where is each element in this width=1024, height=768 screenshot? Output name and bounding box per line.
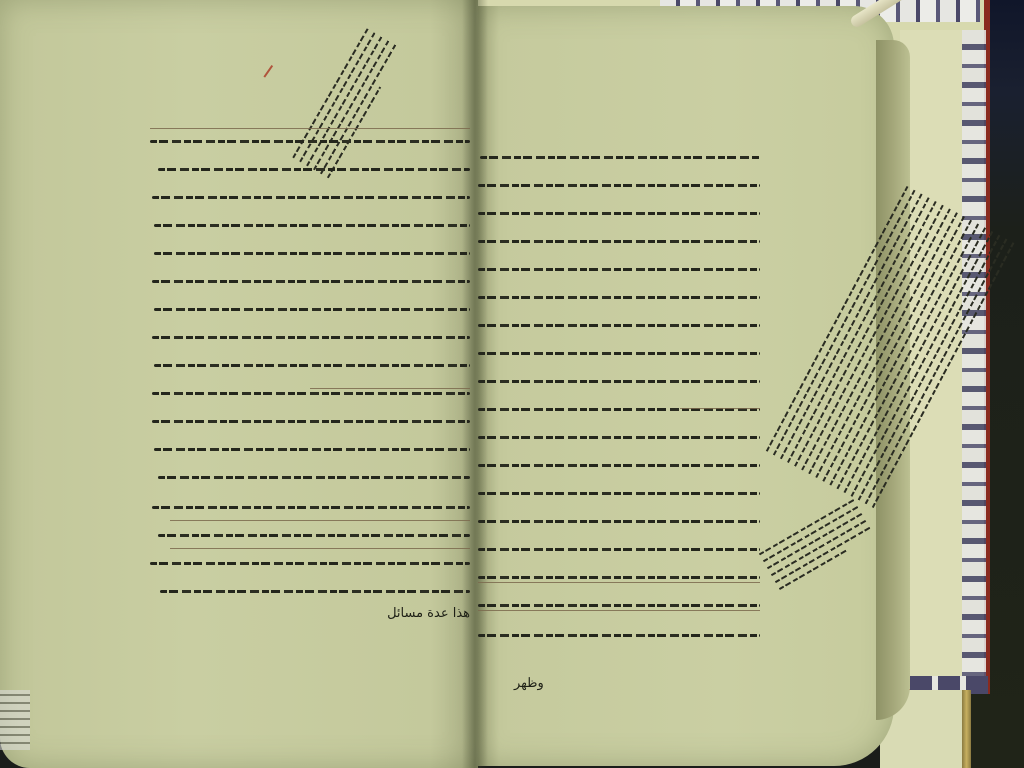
text-line <box>478 482 760 504</box>
text-line <box>478 510 760 532</box>
right-outer-margin-note: Dense diagonal marginal commentary, oute… <box>760 200 880 500</box>
rubric-rule <box>170 520 470 521</box>
text-line <box>478 398 760 420</box>
text-line <box>154 298 470 320</box>
text-line <box>158 466 470 488</box>
text-line <box>478 566 760 588</box>
rubric-rule <box>170 548 470 549</box>
text-line <box>478 174 760 196</box>
text-line: هذا عدة مسائل <box>166 606 470 628</box>
left-page-text-block: Main text: 22 lines of Arabic prose with… <box>148 128 470 628</box>
text-line <box>160 580 470 602</box>
text-line <box>154 214 470 236</box>
text-line <box>478 202 760 224</box>
text-line <box>158 158 470 180</box>
text-line <box>152 326 470 348</box>
text-line <box>478 258 760 280</box>
rubric-rule <box>478 582 760 583</box>
rubric-rule <box>150 128 470 129</box>
text-line <box>478 426 760 448</box>
catchword: وظهر <box>514 676 544 691</box>
text-line <box>154 438 470 460</box>
text-line <box>478 594 760 616</box>
text-line <box>478 454 760 476</box>
text-line <box>478 314 760 336</box>
book-support-stick <box>962 690 971 768</box>
text-line <box>478 624 760 646</box>
text-line <box>152 186 470 208</box>
text-line <box>478 286 760 308</box>
text-line <box>478 370 760 392</box>
text-line <box>152 496 470 518</box>
right-page-text-block: Main text: 21 lines of Arabic prose; cat… <box>476 130 760 650</box>
cover-pattern-right <box>962 30 986 690</box>
cover-pattern-left <box>0 690 30 750</box>
text-line <box>150 552 470 574</box>
text-line <box>154 354 470 376</box>
right-lower-margin-note: Diagonal marginal gloss near lower text <box>752 500 872 600</box>
text-line <box>154 242 470 264</box>
text-line <box>152 410 470 432</box>
text-line <box>152 382 470 404</box>
text-line <box>478 230 760 252</box>
text-line <box>158 524 470 546</box>
rubric-rule <box>310 388 470 389</box>
rubric-rule <box>680 408 760 409</box>
text-line <box>152 270 470 292</box>
rubric-rule <box>478 610 760 611</box>
text-line <box>478 538 760 560</box>
text-line <box>150 130 470 152</box>
text-line <box>480 146 760 168</box>
text-line <box>478 342 760 364</box>
